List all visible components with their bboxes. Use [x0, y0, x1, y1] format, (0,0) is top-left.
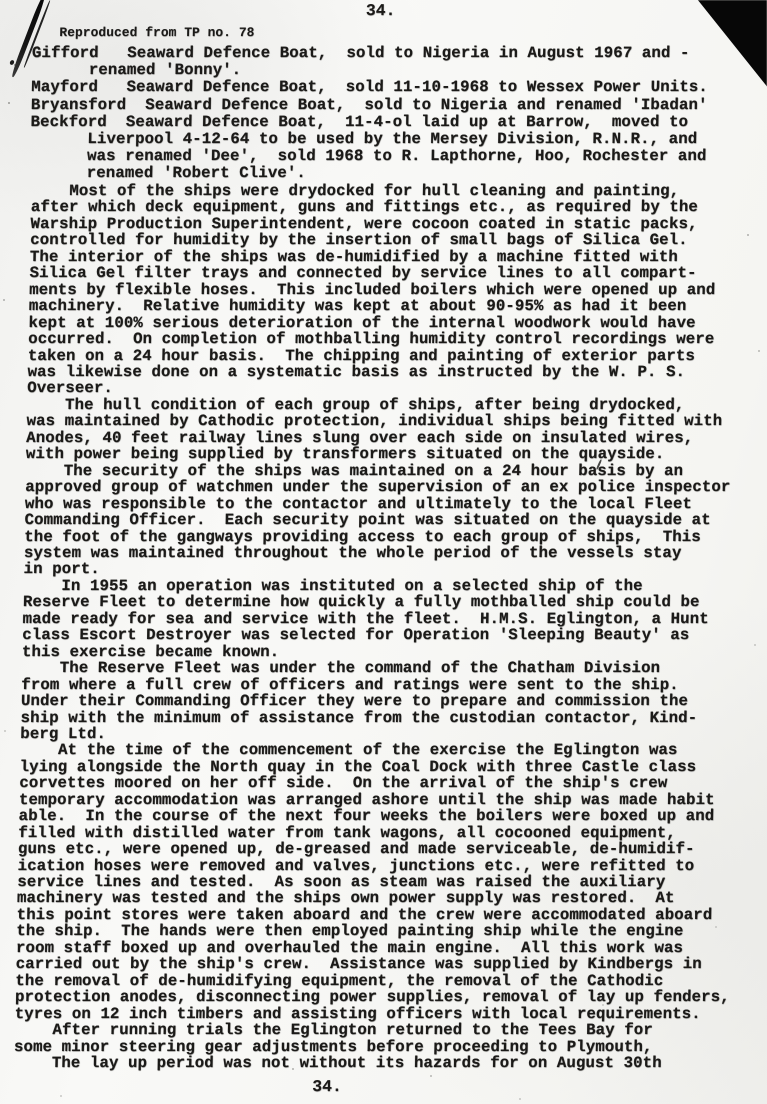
text-line: system was maintained throughout the who… — [24, 545, 739, 561]
text-line: class Escort Destroyer was selected for … — [22, 627, 737, 643]
text-line: The Reserve Fleet was under the command … — [21, 660, 736, 676]
page-number-bottom: 34. — [312, 1077, 342, 1096]
text-line: this exercise became known. — [22, 644, 737, 660]
text-line: Silica Gel filter trays and connected by… — [29, 265, 744, 281]
text-line: Anodes, 40 feet railway lines slung over… — [26, 430, 741, 446]
text-line: The security of the ships was maintained… — [25, 463, 740, 479]
source-note: Reproduced from TP no. 78 — [59, 25, 254, 40]
text-line: Warship Production Superintendent, were … — [30, 216, 745, 232]
text-line: The interior of the ships was de-humidif… — [30, 249, 745, 265]
text-line: Commanding Officer. Each security point … — [24, 512, 739, 528]
text-line: approved group of watchmen under the sup… — [25, 479, 740, 495]
text-line: some minor steering gear adjustments bef… — [14, 1039, 729, 1055]
text-line: Reserve Fleet to determine how quickly a… — [23, 594, 738, 610]
page-number-top: 34. — [366, 1, 396, 20]
text-line: renamed 'Robert Clive'. — [29, 165, 706, 182]
text-line: At the time of the commencement of the e… — [20, 742, 735, 758]
text-line: ship with the minimum of assistance from… — [20, 710, 735, 726]
text-line: occurred. On completion of mothballing h… — [28, 331, 743, 347]
text-line: Gifford Seaward Defence Boat, sold to Ni… — [32, 45, 709, 62]
text-line: The hull condition of each group of ship… — [27, 397, 742, 413]
text-line: this point stores were taken aboard and … — [16, 907, 731, 923]
text-line: made ready for sea and service with the … — [22, 611, 737, 627]
text-line: from where a full crew of officers and r… — [21, 677, 736, 693]
scan-noise-specks — [14, 64, 16, 66]
text-line: was maintained by Cathodic protection, i… — [26, 413, 741, 429]
text-line: After running trials the Eglington retur… — [14, 1022, 729, 1038]
text-line: berg Ltd. — [20, 726, 735, 742]
text-line: lying alongside the North quay in the Co… — [19, 759, 734, 775]
text-line: filled with distilled water from tank wa… — [18, 825, 733, 841]
document-page: 34. Reproduced from TP no. 78 Gifford Se… — [0, 0, 767, 1104]
text-line: Overseer. — [27, 380, 742, 396]
text-line: who was responsible to the contactor and… — [25, 496, 740, 512]
text-line: was renamed 'Dee', sold 1968 to R. Lapth… — [30, 148, 707, 165]
body-text: Most of the ships were drydocked for hul… — [13, 183, 746, 1071]
text-line: after which deck equipment, guns and fit… — [31, 199, 746, 215]
text-line: taken on a 24 hour basis. The chipping a… — [28, 348, 743, 364]
text-line: ments by flexible hoses. This included b… — [29, 282, 744, 298]
text-line: with power being supplied by transformer… — [26, 446, 741, 462]
text-line: the removal of de-humidifying equipment,… — [15, 973, 730, 989]
text-line: Under their Commanding Officer they were… — [21, 693, 736, 709]
text-line: ication hoses were removed and valves, j… — [17, 858, 732, 874]
text-line: Beckford Seaward Defence Boat, 11-4-ol l… — [30, 114, 707, 131]
text-line: In 1955 an operation was instituted on a… — [23, 578, 738, 594]
text-line: machinery was tested and the ships own p… — [17, 890, 732, 906]
ship-disposal-list: Gifford Seaward Defence Boat, sold to Ni… — [29, 45, 708, 183]
text-line: Bryansford Seaward Defence Boat, sold to… — [31, 97, 708, 114]
text-line: Most of the ships were drydocked for hul… — [31, 183, 746, 199]
text-line: Liverpool 4-12-64 to be used by the Mers… — [30, 131, 707, 148]
text-line: renamed 'Bonny'. — [31, 62, 708, 79]
text-line: able. In the course of the next four wee… — [18, 808, 733, 824]
text-line: controlled for humidity by the insertion… — [30, 232, 745, 248]
text-line: in port. — [23, 561, 738, 577]
text-line: protection anodes, disconnecting power s… — [15, 989, 730, 1005]
text-line: room staff boxed up and overhauled the m… — [16, 940, 731, 956]
scanned-text-area: 34. Reproduced from TP no. 78 Gifford Se… — [0, 0, 767, 1104]
text-line: the ship. The hands were then employed p… — [16, 923, 731, 939]
text-line: the foot of the gangways providing acces… — [24, 529, 739, 545]
text-line: was likewise done on a systematic basis … — [27, 364, 742, 380]
text-line: The lay up period was not without its ha… — [13, 1055, 728, 1071]
text-line: kept at 100% serious deterioration of th… — [28, 315, 743, 331]
text-line: corvettes moored on her off side. On the… — [19, 775, 734, 791]
text-line: Mayford Seaward Defence Boat, sold 11-10… — [31, 79, 708, 96]
text-line: temporary accommodation was arranged ash… — [19, 792, 734, 808]
text-line: guns etc., were opened up, de-greased an… — [18, 841, 733, 857]
text-line: carried out by the ship's crew. Assistan… — [15, 956, 730, 972]
text-line: tyres on 12 inch timbers and assisting o… — [14, 1006, 729, 1022]
text-line: machinery. Relative humidity was kept at… — [29, 298, 744, 314]
